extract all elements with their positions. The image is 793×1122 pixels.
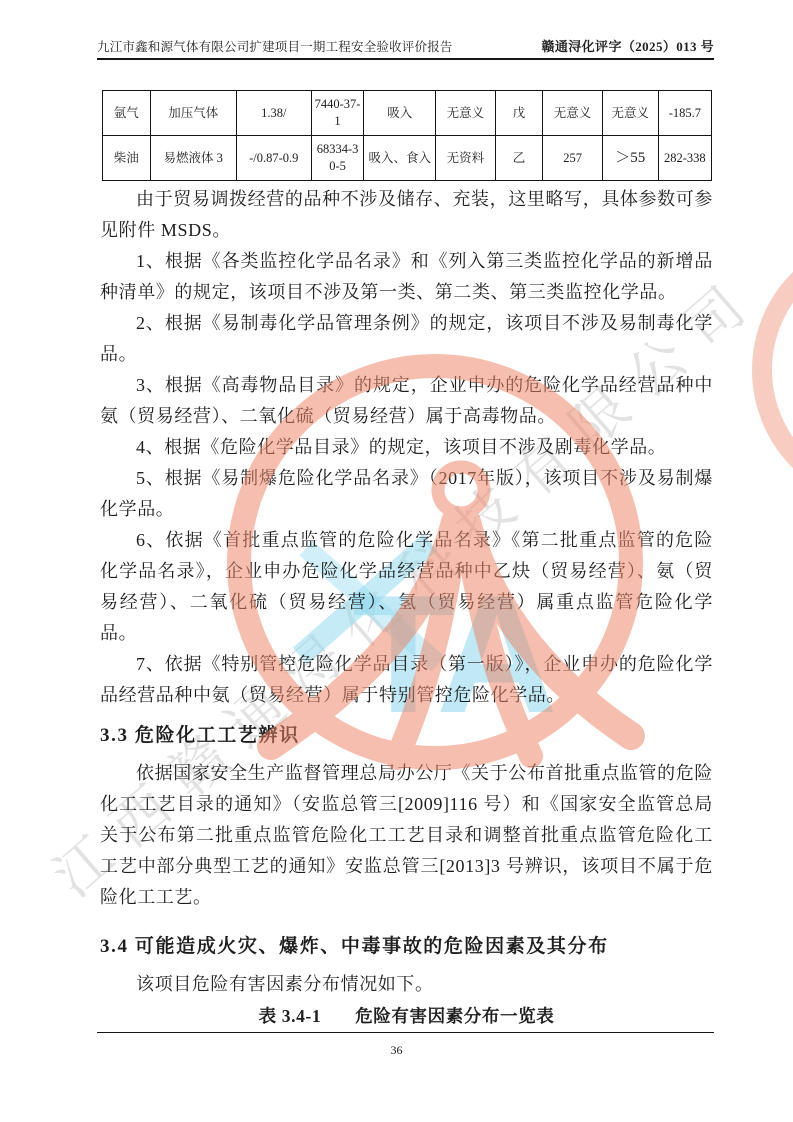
table-caption-title: 危险有害因素分布一览表 bbox=[355, 1006, 554, 1026]
list-item-4: 4、根据《危险化学品目录》的规定，该项目不涉及剧毒化学品。 bbox=[100, 432, 713, 463]
section-heading-3-4: 3.4 可能造成火灾、爆炸、中毒事故的危险因素及其分布 bbox=[100, 931, 713, 962]
table-cell: 无意义 bbox=[602, 91, 658, 136]
table-cell: 乙 bbox=[495, 136, 543, 181]
section-heading-3-3: 3.3 危险化工工艺辨识 bbox=[100, 720, 713, 751]
page-number: 36 bbox=[0, 1043, 793, 1058]
table-cell: 加压气体 bbox=[150, 91, 236, 136]
table-cell: 无意义 bbox=[543, 91, 603, 136]
chemical-properties-table: 氩气 加压气体 1.38/ 7440-37-1 吸入 无意义 戊 无意义 无意义… bbox=[102, 90, 712, 181]
table-cell: -/0.87-0.9 bbox=[236, 136, 311, 181]
report-title: 九江市鑫和源气体有限公司扩建项目一期工程安全验收评价报告 bbox=[97, 37, 453, 55]
table-cell: -185.7 bbox=[658, 91, 711, 136]
section-3-3-body: 依据国家安全生产监督管理总局办公厅《关于公布首批重点监管的危险化工工艺目录的通知… bbox=[100, 758, 713, 913]
paragraph-intro: 由于贸易调拨经营的品种不涉及储存、充装，这里略写，具体参数可参见附件 MSDS。 bbox=[100, 184, 713, 246]
table-cell: 无资料 bbox=[436, 136, 496, 181]
table-cell: 7440-37-1 bbox=[311, 91, 364, 136]
table-cell: 吸入、食入 bbox=[364, 136, 436, 181]
table-cell: 257 bbox=[543, 136, 603, 181]
section-3-4-intro: 该项目危险有害因素分布情况如下。 bbox=[100, 969, 713, 1000]
table-cell: 柴油 bbox=[103, 136, 151, 181]
table-cell: 氩气 bbox=[103, 91, 151, 136]
table-row: 氩气 加压气体 1.38/ 7440-37-1 吸入 无意义 戊 无意义 无意义… bbox=[103, 91, 712, 136]
table-caption-label: 表 3.4-1 bbox=[259, 1006, 322, 1026]
table-cell: 易燃液体 3 bbox=[150, 136, 236, 181]
list-item-1: 1、根据《各类监控化学品名录》和《列入第三类监控化学品的新增品种清单》的规定，该… bbox=[100, 246, 713, 308]
document-page: { "header": { "left": "九江市鑫和源气体有限公司扩建项目一… bbox=[0, 0, 793, 1122]
list-item-5: 5、根据《易制爆危险化学品名录》（2017年版），该项目不涉及易制爆化学品。 bbox=[100, 463, 713, 525]
table-cell: 戊 bbox=[495, 91, 543, 136]
list-item-3: 3、根据《高毒物品目录》的规定，企业申办的危险化学品经营品种中氨（贸易经营）、二… bbox=[100, 370, 713, 432]
table-cell: ＞55 bbox=[602, 136, 658, 181]
table-cell: 吸入 bbox=[364, 91, 436, 136]
table-cell: 68334-30-5 bbox=[311, 136, 364, 181]
table-row: 柴油 易燃液体 3 -/0.87-0.9 68334-30-5 吸入、食入 无资… bbox=[103, 136, 712, 181]
list-item-7: 7、依据《特别管控危险化学品目录（第一版）》，企业申办的危险化学品经营品种中氨（… bbox=[100, 649, 713, 711]
table-cell: 无意义 bbox=[436, 91, 496, 136]
page-body: 由于贸易调拨经营的品种不涉及储存、充装，这里略写，具体参数可参见附件 MSDS。… bbox=[100, 184, 713, 1032]
table-caption: 表 3.4-1危险有害因素分布一览表 bbox=[100, 1001, 713, 1032]
list-item-2: 2、根据《易制毒化学品管理条例》的规定，该项目不涉及易制毒化学品。 bbox=[100, 308, 713, 370]
table-cell: 282-338 bbox=[658, 136, 711, 181]
page-header: 九江市鑫和源气体有限公司扩建项目一期工程安全验收评价报告 赣通浔化评字（2025… bbox=[97, 36, 714, 60]
list-item-6: 6、依据《首批重点监管的危险化学品名录》《第二批重点监管的危险化学品名录》，企业… bbox=[100, 525, 713, 649]
table-cell: 1.38/ bbox=[236, 91, 311, 136]
footer-rule bbox=[97, 1032, 714, 1033]
document-number: 赣通浔化评字（2025）013 号 bbox=[541, 36, 714, 55]
